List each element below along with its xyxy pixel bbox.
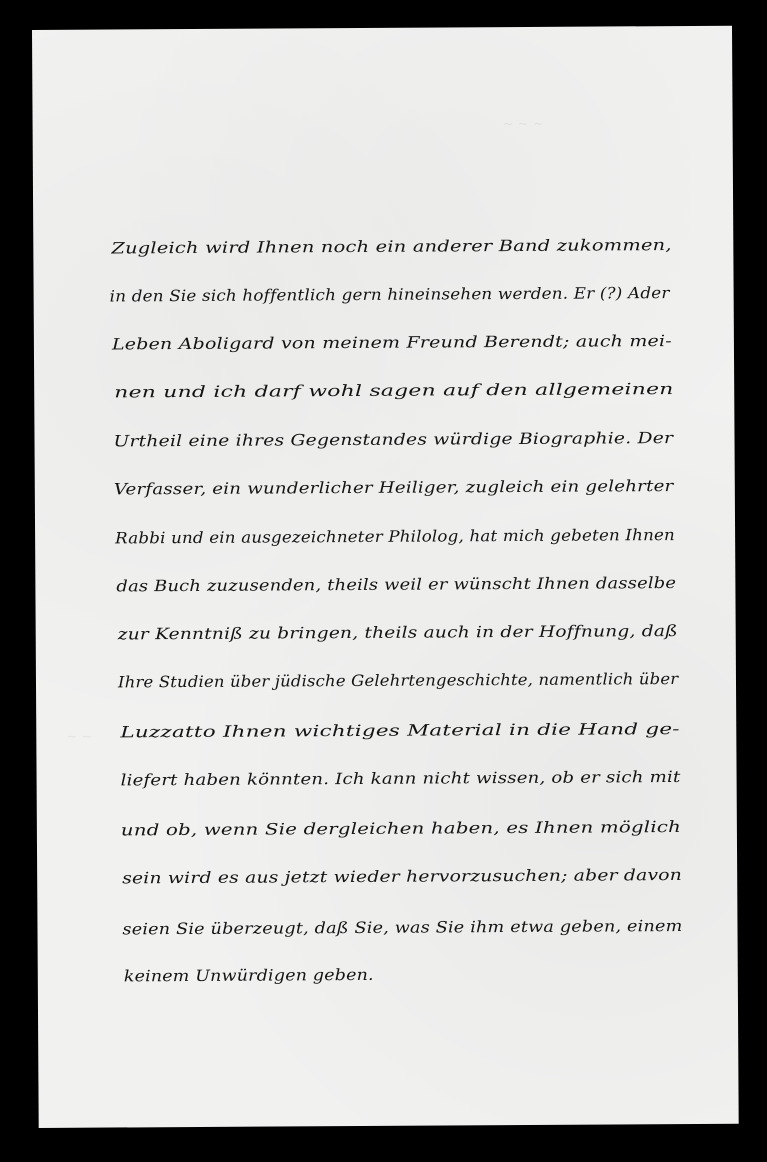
text-line: sein wird es aus jetzt wieder hervorzusu…	[122, 866, 682, 887]
text-line: Verfasser, ein wunderlicher Heiliger, zu…	[114, 477, 674, 498]
text-line: das Buch zuzusenden, theils weil er wüns…	[116, 574, 676, 595]
text-line: keinem Unwürdigen geben.	[124, 966, 374, 986]
text-line: Zugleich wird Ihnen noch ein anderer Ban…	[111, 236, 672, 257]
text-line: Rabbi und ein ausgezeichneter Philolog, …	[115, 526, 675, 547]
text-line: Urtheil eine ihres Gegenstandes würdige …	[113, 429, 673, 450]
text-line: Leben Aboligard von meinem Freund Berend…	[112, 332, 672, 353]
text-line: und ob, wenn Sie dergleichen haben, es I…	[121, 818, 681, 839]
letter-page: ~ ~ ~ ~ ~ Zugleich wird Ihnen noch ein a…	[32, 26, 739, 1128]
text-line: nen und ich darf wohl sagen auf den allg…	[114, 380, 673, 401]
letter-body: Zugleich wird Ihnen noch ein anderer Ban…	[32, 26, 739, 1128]
text-line: Luzzatto Ihnen wichtiges Material in die…	[120, 720, 680, 741]
text-line: seien Sie überzeugt, daß Sie, was Sie ih…	[122, 917, 682, 938]
text-line: Ihre Studien über jüdische Gelehrtengesc…	[118, 670, 678, 691]
text-line: liefert haben könnten. Ich kann nicht wi…	[121, 768, 681, 789]
text-line: in den Sie sich hoffentlich gern hineins…	[110, 284, 670, 305]
text-line: zur Kenntniß zu bringen, theils auch in …	[118, 622, 678, 643]
